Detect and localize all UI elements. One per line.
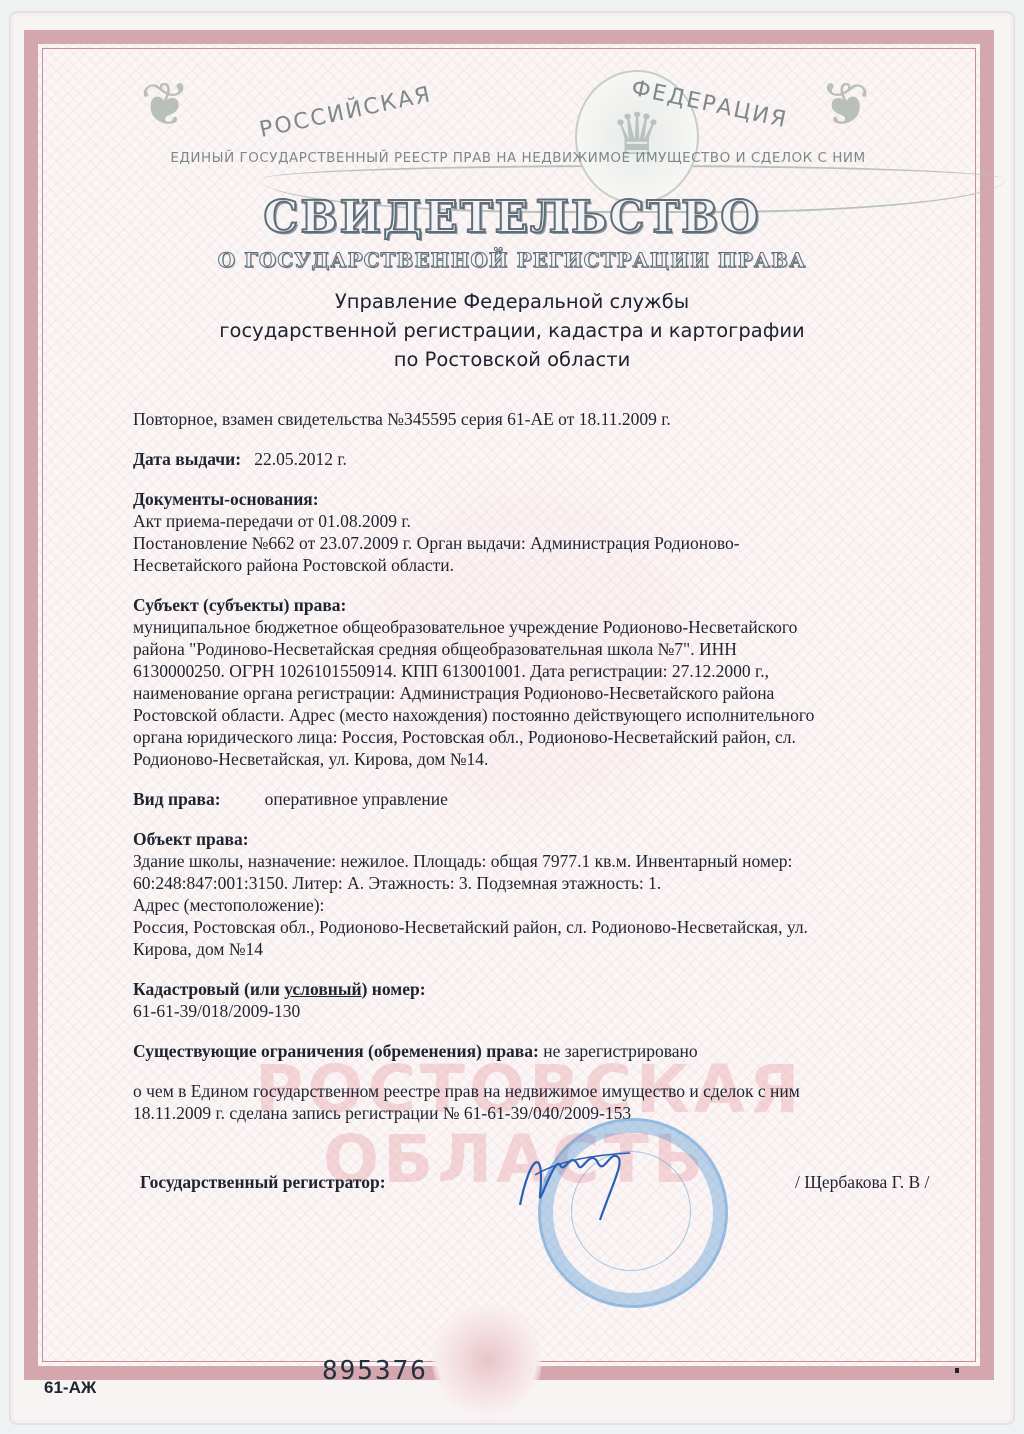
registrar-label: Государственный регистратор: bbox=[140, 1172, 386, 1193]
cadastral-number: 61-61-39/018/2009-130 bbox=[133, 1000, 963, 1022]
form-series: 61-АЖ bbox=[44, 1378, 96, 1398]
issuing-agency: Управление Федеральной службы государств… bbox=[0, 287, 1024, 374]
encumbrances-row: Существующие ограничения (обременения) п… bbox=[133, 1040, 963, 1062]
right-type-label: Вид права: bbox=[133, 788, 221, 810]
object-label: Объект права: bbox=[133, 828, 963, 850]
right-type-value: оперативное управление bbox=[265, 788, 448, 810]
basis-documents-label: Документы-основания: bbox=[133, 488, 963, 510]
header-ornament: ❦ ❦ ♛ bbox=[120, 30, 910, 200]
registry-record: о чем в Едином государственном реестре п… bbox=[133, 1080, 963, 1102]
issue-date-row: Дата выдачи: 22.05.2012 г. bbox=[133, 448, 963, 470]
reissue-note: Повторное, взамен свидетельства №345595 … bbox=[133, 408, 963, 430]
swirl-ornament-icon: ❦ bbox=[820, 70, 870, 140]
right-type-row: Вид права: оперативное управление bbox=[133, 788, 963, 810]
cadastral-label: Кадастровый (или условный) номер: bbox=[133, 978, 963, 1000]
ribbon-subtitle: ЕДИНЫЙ ГОСУДАРСТВЕННЫЙ РЕЕСТР ПРАВ НА НЕ… bbox=[168, 150, 868, 166]
print-mark bbox=[955, 1368, 959, 1373]
issue-date-value: 22.05.2012 г. bbox=[254, 449, 347, 469]
subject-label: Субъект (субъекты) права: bbox=[133, 594, 963, 616]
issue-date-label: Дата выдачи: bbox=[133, 449, 241, 469]
registrar-row: Государственный регистратор: / Щербакова… bbox=[140, 1172, 970, 1202]
document-subtitle: О ГОСУДАРСТВЕННОЙ РЕГИСТРАЦИИ ПРАВА bbox=[0, 248, 1024, 272]
form-number: 895376 bbox=[322, 1356, 428, 1386]
document-title: СВИДЕТЕЛЬСТВО bbox=[0, 192, 1024, 243]
registrar-name: / Щербакова Г. В / bbox=[795, 1172, 929, 1193]
certificate-body: Повторное, взамен свидетельства №345595 … bbox=[133, 408, 963, 1124]
rosette-ornament bbox=[432, 1300, 542, 1420]
swirl-ornament-icon: ❦ bbox=[140, 70, 190, 140]
